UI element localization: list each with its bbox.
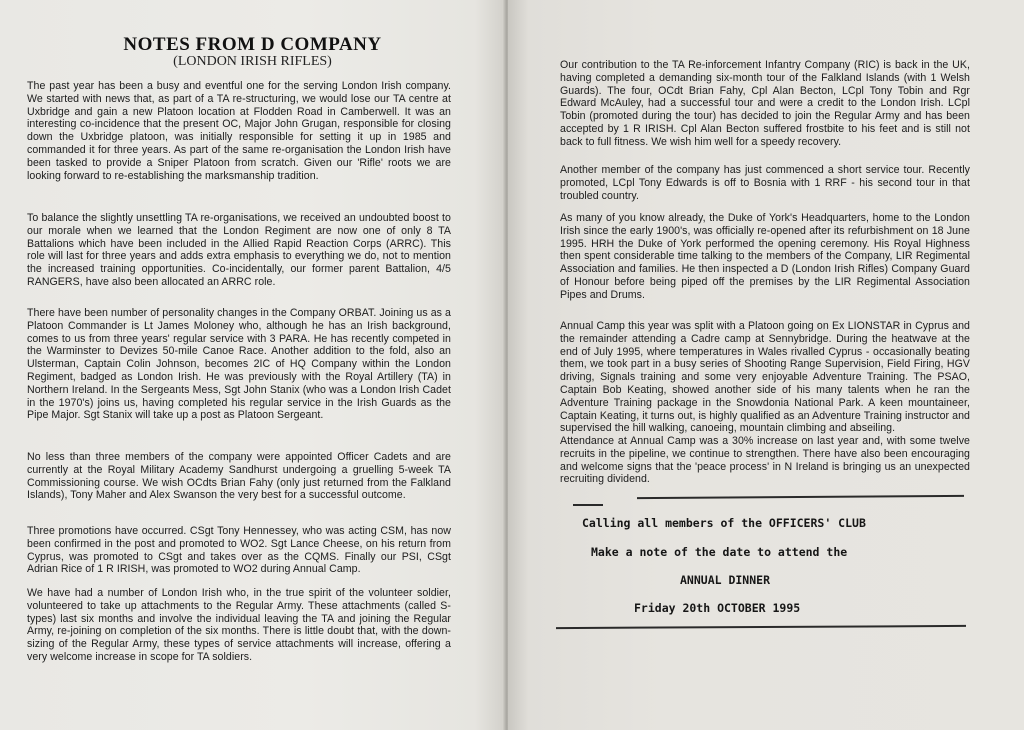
notice-dinner-date: Friday 20th OCTOBER 1995 <box>634 601 800 615</box>
paragraph-attendance: Attendance at Annual Camp was a 30% incr… <box>560 435 970 486</box>
paragraph-arrc: To balance the slightly unsettling TA re… <box>27 212 451 289</box>
paragraph-attachments: We have had a number of London Irish who… <box>27 587 451 664</box>
notice-officers-club: Calling all members of the OFFICERS' CLU… <box>582 516 866 530</box>
left-page: NOTES FROM D COMPANY (LONDON IRISH RIFLE… <box>0 0 505 730</box>
paragraph-personality-changes: There have been number of personality ch… <box>27 307 451 422</box>
article-subtitle: (LONDON IRISH RIFLES) <box>0 54 505 70</box>
divider-short <box>573 504 603 506</box>
paragraph-ric: Our contribution to the TA Re-inforcemen… <box>560 59 970 149</box>
paragraph-annual-camp: Annual Camp this year was split with a P… <box>560 320 970 435</box>
notice-annual-dinner: ANNUAL DINNER <box>680 573 770 587</box>
notice-date-reminder: Make a note of the date to attend the <box>591 545 847 559</box>
paragraph-restructuring: The past year has been a busy and eventf… <box>27 80 451 182</box>
article-title: NOTES FROM D COMPANY <box>0 34 505 56</box>
paragraph-promotions: Three promotions have occurred. CSgt Ton… <box>27 525 451 576</box>
paragraph-officer-cadets: No less than three members of the compan… <box>27 451 451 502</box>
paragraph-duke-of-york: As many of you know already, the Duke of… <box>560 212 970 302</box>
paragraph-short-service: Another member of the company has just c… <box>560 164 970 202</box>
